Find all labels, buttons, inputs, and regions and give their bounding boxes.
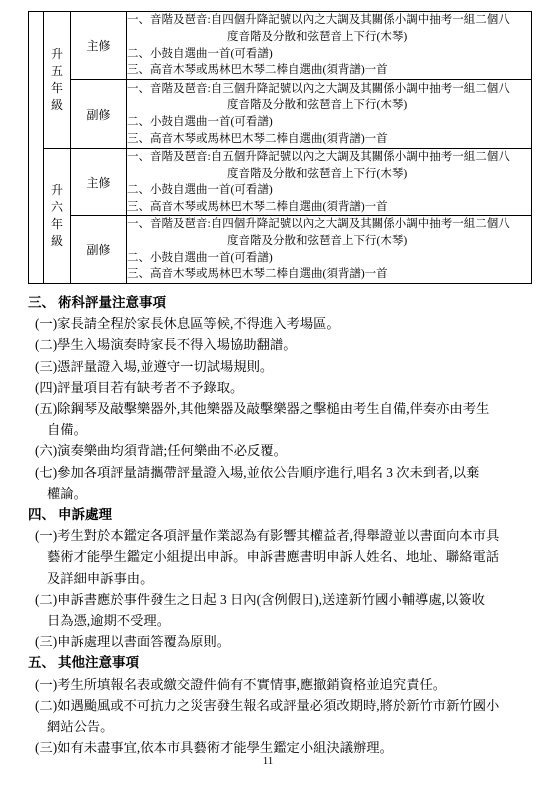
grade-label: 升六年級 bbox=[51, 182, 64, 250]
track-cell: 主修 bbox=[71, 12, 127, 80]
item-text: 家長請全程於家長休息區等候,不得進入考場區。 bbox=[57, 316, 340, 331]
grade-cell-grade5: 升五年級 bbox=[44, 12, 71, 149]
item-label: (五) bbox=[35, 401, 57, 416]
list-item: (一)考生所填報名表或繳交證件倘有不實情事,應撤銷資格並追究責任。 bbox=[35, 674, 536, 695]
requirement-line: 度音階及分散和弦琶音上下行(木琴) bbox=[227, 233, 531, 250]
requirements-cell: 一、音階及琶音:自五個升降記號以內之大調及其關係小調中抽考一組二個八 度音階及分… bbox=[127, 149, 532, 216]
item-text: 參加各項評量請攜帶評量證入場,並依公告順序進行,唱名 3 次未到者,以棄 bbox=[57, 465, 479, 480]
list-item: (二)如遇颱風或不可抗力之災害發生報名或評量必須改期時,將於新竹市新竹國小 bbox=[35, 695, 536, 716]
item-label: (一) bbox=[35, 528, 57, 543]
item-text: 如有未盡事宜,依本市具藝術才能學生鑑定小組決議辦理。 bbox=[57, 740, 393, 755]
requirement-line: 度音階及分散和弦琶音上下行(木琴) bbox=[227, 97, 531, 114]
list-item: (二)學生入場演奏時家長不得入場協助翻譜。 bbox=[35, 334, 536, 355]
requirement-line: 度音階及分散和弦琶音上下行(木琴) bbox=[227, 29, 531, 46]
section-number: 五、 bbox=[28, 655, 55, 670]
requirement-line: 二、小鼓自選曲一首(可看譜) bbox=[127, 114, 531, 131]
item-label: (三) bbox=[35, 740, 57, 755]
track-cell: 主修 bbox=[71, 149, 127, 216]
item-text: 評量項目若有缺考者不予錄取。 bbox=[57, 380, 243, 395]
requirement-line: 二、小鼓自選曲一首(可看譜) bbox=[127, 250, 531, 267]
track-cell: 副修 bbox=[71, 80, 127, 149]
requirement-line: 一、音階及琶音:自五個升降記號以內之大調及其關係小調中抽考一組二個八 bbox=[127, 149, 531, 166]
item-text: 除鋼琴及敲擊樂器外,其他樂器及敲擊樂器之擊槌由考生自備,伴奏亦由考生 bbox=[57, 401, 489, 416]
item-label: (七) bbox=[35, 465, 57, 480]
list-item: (五)除鋼琴及敲擊樂器外,其他樂器及敲擊樂器之擊槌由考生自備,伴奏亦由考生 bbox=[35, 398, 536, 419]
section-number: 三、 bbox=[28, 295, 55, 310]
list-item: (六)演奏樂曲均須背譜;任何樂曲不必反覆。 bbox=[35, 440, 536, 461]
item-label: (二) bbox=[35, 698, 57, 713]
item-text: 演奏樂曲均須背譜;任何樂曲不必反覆。 bbox=[57, 443, 287, 458]
requirements-cell: 一、音階及琶音:自三個升降記號以內之大調及其關係小調中抽考一組二個八 度音階及分… bbox=[127, 80, 532, 149]
requirement-line: 三、高音木琴或馬林巴木琴二棒自選曲(須背譜)一首 bbox=[127, 266, 531, 283]
item-label: (二) bbox=[35, 592, 57, 607]
requirements-cell: 一、音階及琶音:自四個升降記號以內之大調及其關係小調中抽考一組二個八 度音階及分… bbox=[127, 12, 532, 80]
item-text: 如遇颱風或不可抗力之災害發生報名或評量必須改期時,將於新竹市新竹國小 bbox=[57, 698, 499, 713]
item-label: (三) bbox=[35, 359, 57, 374]
exam-requirements-table: 升五年級 主修 一、音階及琶音:自四個升降記號以內之大調及其關係小調中抽考一組二… bbox=[28, 11, 532, 284]
section-title: 術科評量注意事項 bbox=[58, 295, 166, 310]
section-heading: 三、術科評量注意事項 bbox=[28, 292, 536, 313]
requirement-line: 一、音階及琶音:自三個升降記號以內之大調及其關係小調中抽考一組二個八 bbox=[127, 81, 531, 98]
item-label: (四) bbox=[35, 380, 57, 395]
section-heading: 四、申訴處理 bbox=[28, 504, 536, 525]
requirement-line: 一、音階及琶音:自四個升降記號以內之大調及其關係小調中抽考一組二個八 bbox=[127, 216, 531, 233]
item-text: 考生所填報名表或繳交證件倘有不實情事,應撤銷資格並追究責任。 bbox=[57, 677, 446, 692]
list-item: (四)評量項目若有缺考者不予錄取。 bbox=[35, 377, 536, 398]
notes-sections: 三、術科評量注意事項 (一)家長請全程於家長休息區等候,不得進入考場區。 (二)… bbox=[0, 292, 536, 758]
list-item: (七)參加各項評量請攜帶評量證入場,並依公告順序進行,唱名 3 次未到者,以棄 bbox=[35, 462, 536, 483]
item-label: (三) bbox=[35, 634, 57, 649]
grade-label: 升五年級 bbox=[51, 46, 64, 114]
item-text: 申訴處理以書面答覆為原則。 bbox=[57, 634, 230, 649]
item-continuation: 網站公告。 bbox=[47, 716, 536, 737]
table-empty-cell bbox=[29, 12, 44, 284]
requirements-cell: 一、音階及琶音:自四個升降記號以內之大調及其關係小調中抽考一組二個八 度音階及分… bbox=[127, 216, 532, 283]
item-label: (二) bbox=[35, 337, 57, 352]
requirement-line: 三、高音木琴或馬林巴木琴二棒自選曲(須背譜)一首 bbox=[127, 131, 531, 148]
section-other-notes: 五、其他注意事項 (一)考生所填報名表或繳交證件倘有不實情事,應撤銷資格並追究責… bbox=[0, 652, 536, 758]
requirement-line: 三、高音木琴或馬林巴木琴二棒自選曲(須背譜)一首 bbox=[127, 199, 531, 216]
section-title: 申訴處理 bbox=[58, 507, 112, 522]
requirement-line: 三、高音木琴或馬林巴木琴二棒自選曲(須背譜)一首 bbox=[127, 62, 531, 79]
requirement-line: 二、小鼓自選曲一首(可看譜) bbox=[127, 46, 531, 63]
section-heading: 五、其他注意事項 bbox=[28, 652, 536, 673]
requirement-line: 一、音階及琶音:自四個升降記號以內之大調及其關係小調中抽考一組二個八 bbox=[127, 12, 531, 29]
item-text: 申訴書應於事件發生之日起 3 日內(含例假日),送達新竹國小輔導處,以簽收 bbox=[57, 592, 485, 607]
item-text: 憑評量證入場,並遵守一切試場規則。 bbox=[57, 359, 273, 374]
track-cell: 副修 bbox=[71, 216, 127, 283]
item-continuation: 權論。 bbox=[47, 483, 536, 504]
item-text: 考生對於本鑑定各項評量作業認為有影響其權益者,得舉證並以書面向本市具 bbox=[57, 528, 499, 543]
page-number: 11 bbox=[0, 755, 536, 767]
grade-cell-grade6: 升六年級 bbox=[44, 149, 71, 284]
item-label: (一) bbox=[35, 677, 57, 692]
item-continuation: 藝術才能學生鑑定小組提出申訴。申訴書應書明申訴人姓名、地址、聯絡電話 bbox=[47, 546, 536, 567]
requirement-line: 度音階及分散和弦琶音上下行(木琴) bbox=[227, 166, 531, 183]
item-text: 學生入場演奏時家長不得入場協助翻譜。 bbox=[57, 337, 296, 352]
list-item: (三)申訴處理以書面答覆為原則。 bbox=[35, 631, 536, 652]
list-item: (一)考生對於本鑑定各項評量作業認為有影響其權益者,得舉證並以書面向本市具 bbox=[35, 525, 536, 546]
list-item: (三)憑評量證入場,並遵守一切試場規則。 bbox=[35, 356, 536, 377]
document-page: 升五年級 主修 一、音階及琶音:自四個升降記號以內之大調及其關係小調中抽考一組二… bbox=[0, 0, 536, 794]
list-item: (一)家長請全程於家長休息區等候,不得進入考場區。 bbox=[35, 313, 536, 334]
item-continuation: 自備。 bbox=[47, 419, 536, 440]
section-number: 四、 bbox=[28, 507, 55, 522]
item-label: (一) bbox=[35, 316, 57, 331]
section-art-exam-notes: 三、術科評量注意事項 (一)家長請全程於家長休息區等候,不得進入考場區。 (二)… bbox=[0, 292, 536, 504]
section-appeals: 四、申訴處理 (一)考生對於本鑑定各項評量作業認為有影響其權益者,得舉證並以書面… bbox=[0, 504, 536, 652]
requirement-line: 二、小鼓自選曲一首(可看譜) bbox=[127, 182, 531, 199]
list-item: (二)申訴書應於事件發生之日起 3 日內(含例假日),送達新竹國小輔導處,以簽收 bbox=[35, 589, 536, 610]
item-continuation: 日為憑,逾期不受理。 bbox=[47, 610, 536, 631]
section-title: 其他注意事項 bbox=[58, 655, 139, 670]
item-label: (六) bbox=[35, 443, 57, 458]
item-continuation: 及詳細申訴事由。 bbox=[47, 568, 536, 589]
